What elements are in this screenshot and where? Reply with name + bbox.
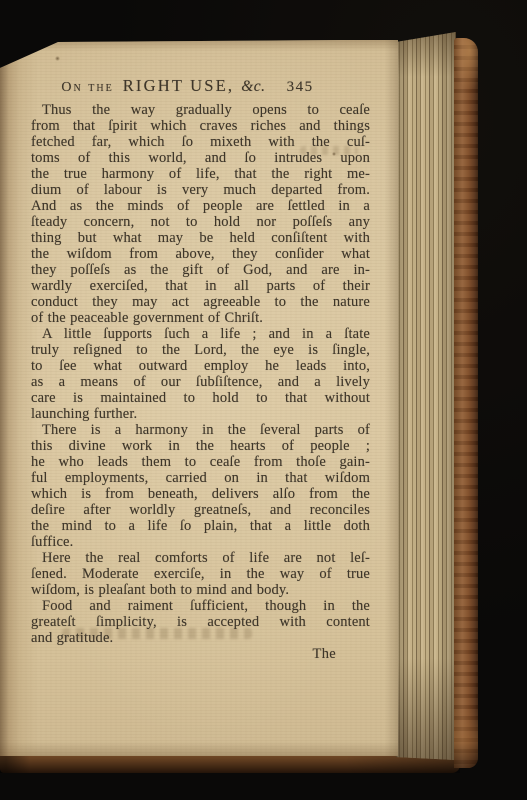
text-body: Thus the way gradually opens to ceaſefro…	[31, 102, 370, 646]
text-line: ſteady concern, not to hold nor poſſeſs …	[31, 214, 370, 230]
book-fore-edge-pages	[396, 32, 456, 760]
text-line: from that ſpirit which craves riches and…	[31, 118, 370, 134]
text-line: care is maintained to hold to that witho…	[31, 390, 370, 406]
book-bottom-cover-edge	[0, 753, 460, 773]
text-line: ſened. Moderate exerciſe, in the way of …	[31, 566, 370, 582]
text-line: ſuffice.	[31, 534, 370, 550]
photo-background: On the RIGHT USE, &c. 345 Thus the way g…	[0, 0, 527, 800]
running-head: On the RIGHT USE, &c. 345	[31, 76, 344, 96]
paragraph: There is a harmony in the ſeveral parts …	[31, 422, 370, 550]
text-line: Thus the way gradually opens to ceaſe	[31, 102, 370, 118]
text-line: the wiſdom from above, they conſider wha…	[31, 246, 370, 262]
text-line: conduct they may act agreeable to the na…	[31, 294, 370, 310]
text-line: dium of labour is very much departed fro…	[31, 182, 370, 198]
paragraph: A little ſupports ſuch a life ; and in a…	[31, 326, 370, 422]
text-line: There is a harmony in the ſeveral parts …	[31, 422, 370, 438]
text-line: truly reſigned to the Lord, the eye is ſ…	[31, 342, 370, 358]
text-line: thing but what may be held conſiſtent wi…	[31, 230, 370, 246]
text-line: toms of this world, and ſo intrudes upon	[31, 150, 370, 166]
text-line: as a means of our ſubſiſtence, and a liv…	[31, 374, 370, 390]
text-line: wardly exerciſed, that in all parts of t…	[31, 278, 370, 294]
text-line: the true harmony of life, that the right…	[31, 166, 370, 182]
text-line: of the peaceable government of Chriſt.	[31, 310, 370, 326]
text-line: and gratitude.	[31, 630, 370, 646]
text-line: A little ſupports ſuch a life ; and in a…	[31, 326, 370, 342]
paragraph: Thus the way gradually opens to ceaſefro…	[31, 102, 370, 326]
book-right-cover-edge	[454, 38, 478, 768]
text-line: deſire after worldly greatneſs, and reco…	[31, 502, 370, 518]
page-number: 345	[287, 79, 314, 95]
text-line: greateſt ſimplicity, is accepted with co…	[31, 614, 370, 630]
text-line: ful employments, carried on in that wiſd…	[31, 470, 370, 486]
text-line: wiſdom, is pleaſant both to mind and bod…	[31, 582, 370, 598]
foxing-speck	[55, 56, 60, 61]
running-head-prefix: On the	[61, 80, 113, 95]
text-line: Food and raiment ſufficient, though in t…	[31, 598, 370, 614]
printed-text-block: On the RIGHT USE, &c. 345 Thus the way g…	[31, 76, 370, 662]
catchword: The	[31, 646, 370, 662]
text-line: the mind to a life ſo plain, that a litt…	[31, 518, 370, 534]
text-line: fetched far, which ſo mixeth with the cu…	[31, 134, 370, 150]
running-head-title: RIGHT USE,	[123, 76, 235, 95]
text-line: launching further.	[31, 406, 370, 422]
paragraph: Here the real comforts of life are not l…	[31, 550, 370, 598]
text-line: they poſſeſs as the gift of God, and are…	[31, 262, 370, 278]
running-head-etcetera: &c.	[241, 78, 265, 95]
text-line: Here the real comforts of life are not l…	[31, 550, 370, 566]
text-line: And as the minds of people are ſettled i…	[31, 198, 370, 214]
paragraph: Food and raiment ſufficient, though in t…	[31, 598, 370, 646]
book-page: On the RIGHT USE, &c. 345 Thus the way g…	[0, 40, 398, 756]
text-line: this divine work in the hearts of people…	[31, 438, 370, 454]
text-line: to ſee what outward employ he leads into…	[31, 358, 370, 374]
text-line: which is from beneath, delivers alſo fro…	[31, 486, 370, 502]
text-line: he who leads them to ceaſe from thoſe ga…	[31, 454, 370, 470]
